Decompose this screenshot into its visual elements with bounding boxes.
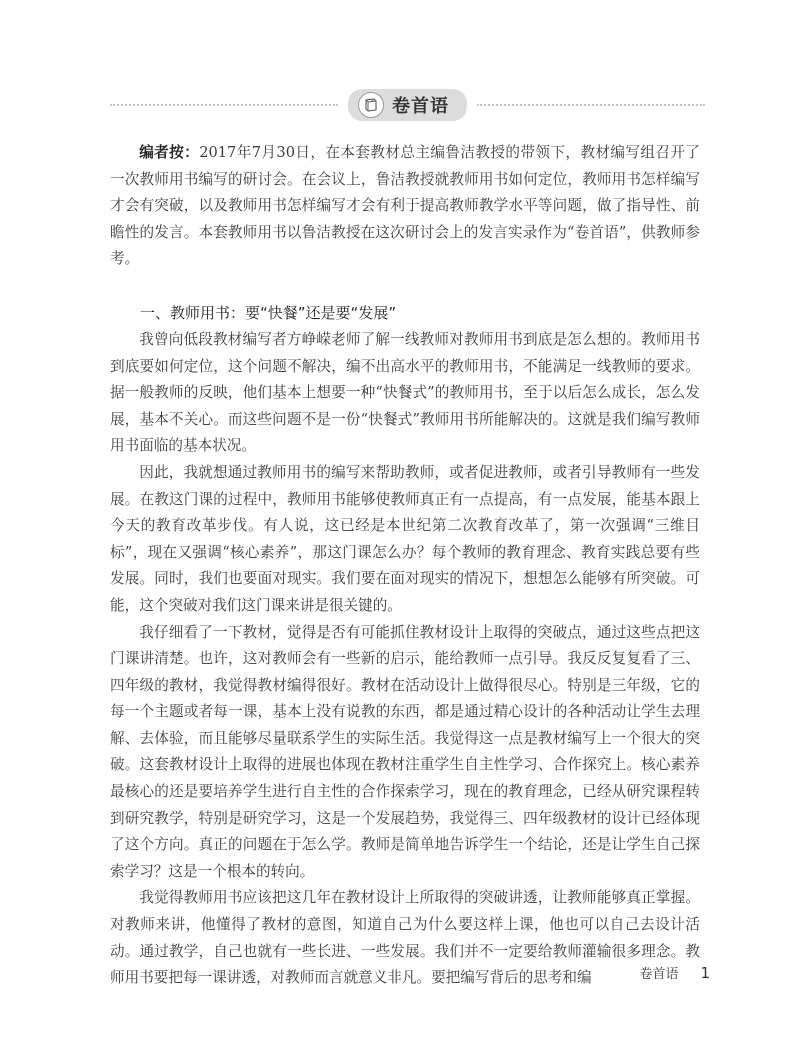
- editor-note-text: 2017年7月30日，在本套教材总主编鲁洁教授的带领下，教材编写组召开了一次教师…: [110, 144, 700, 267]
- editor-note: 编者按：2017年7月30日，在本套教材总主编鲁洁教授的带领下，教材编写组召开了…: [110, 140, 700, 273]
- book-icon: [358, 92, 384, 118]
- page-number: 1: [700, 964, 710, 982]
- section-heading: 一、教师用书：要“快餐”还是要“发展”: [110, 299, 700, 327]
- document-body: 编者按：2017年7月30日，在本套教材总主编鲁洁教授的带领下，教材编写组召开了…: [110, 140, 700, 992]
- paragraph: 因此，我就想通过教师用书的编写来帮助教师，或者促进教师，或者引导教师有一些发展。…: [110, 460, 700, 620]
- paragraph: 我仔细看了一下教材，觉得是否有可能抓住教材设计上取得的突破点，通过这些点把这门课…: [110, 620, 700, 886]
- editor-note-label: 编者按：: [139, 144, 199, 161]
- page-title: 卷首语: [392, 92, 449, 118]
- page-footer: 卷首语 1: [600, 963, 710, 982]
- paragraph: 我曾向低段教材编写者方峥嵘老师了解一线教师对教师用书到底是怎么想的。教师用书到底…: [110, 327, 700, 460]
- section-header: 卷首语: [110, 88, 705, 122]
- title-badge: 卷首语: [348, 89, 467, 121]
- dotted-rule-right: [477, 104, 705, 106]
- dotted-rule-left: [110, 104, 338, 106]
- running-title: 卷首语: [639, 963, 678, 982]
